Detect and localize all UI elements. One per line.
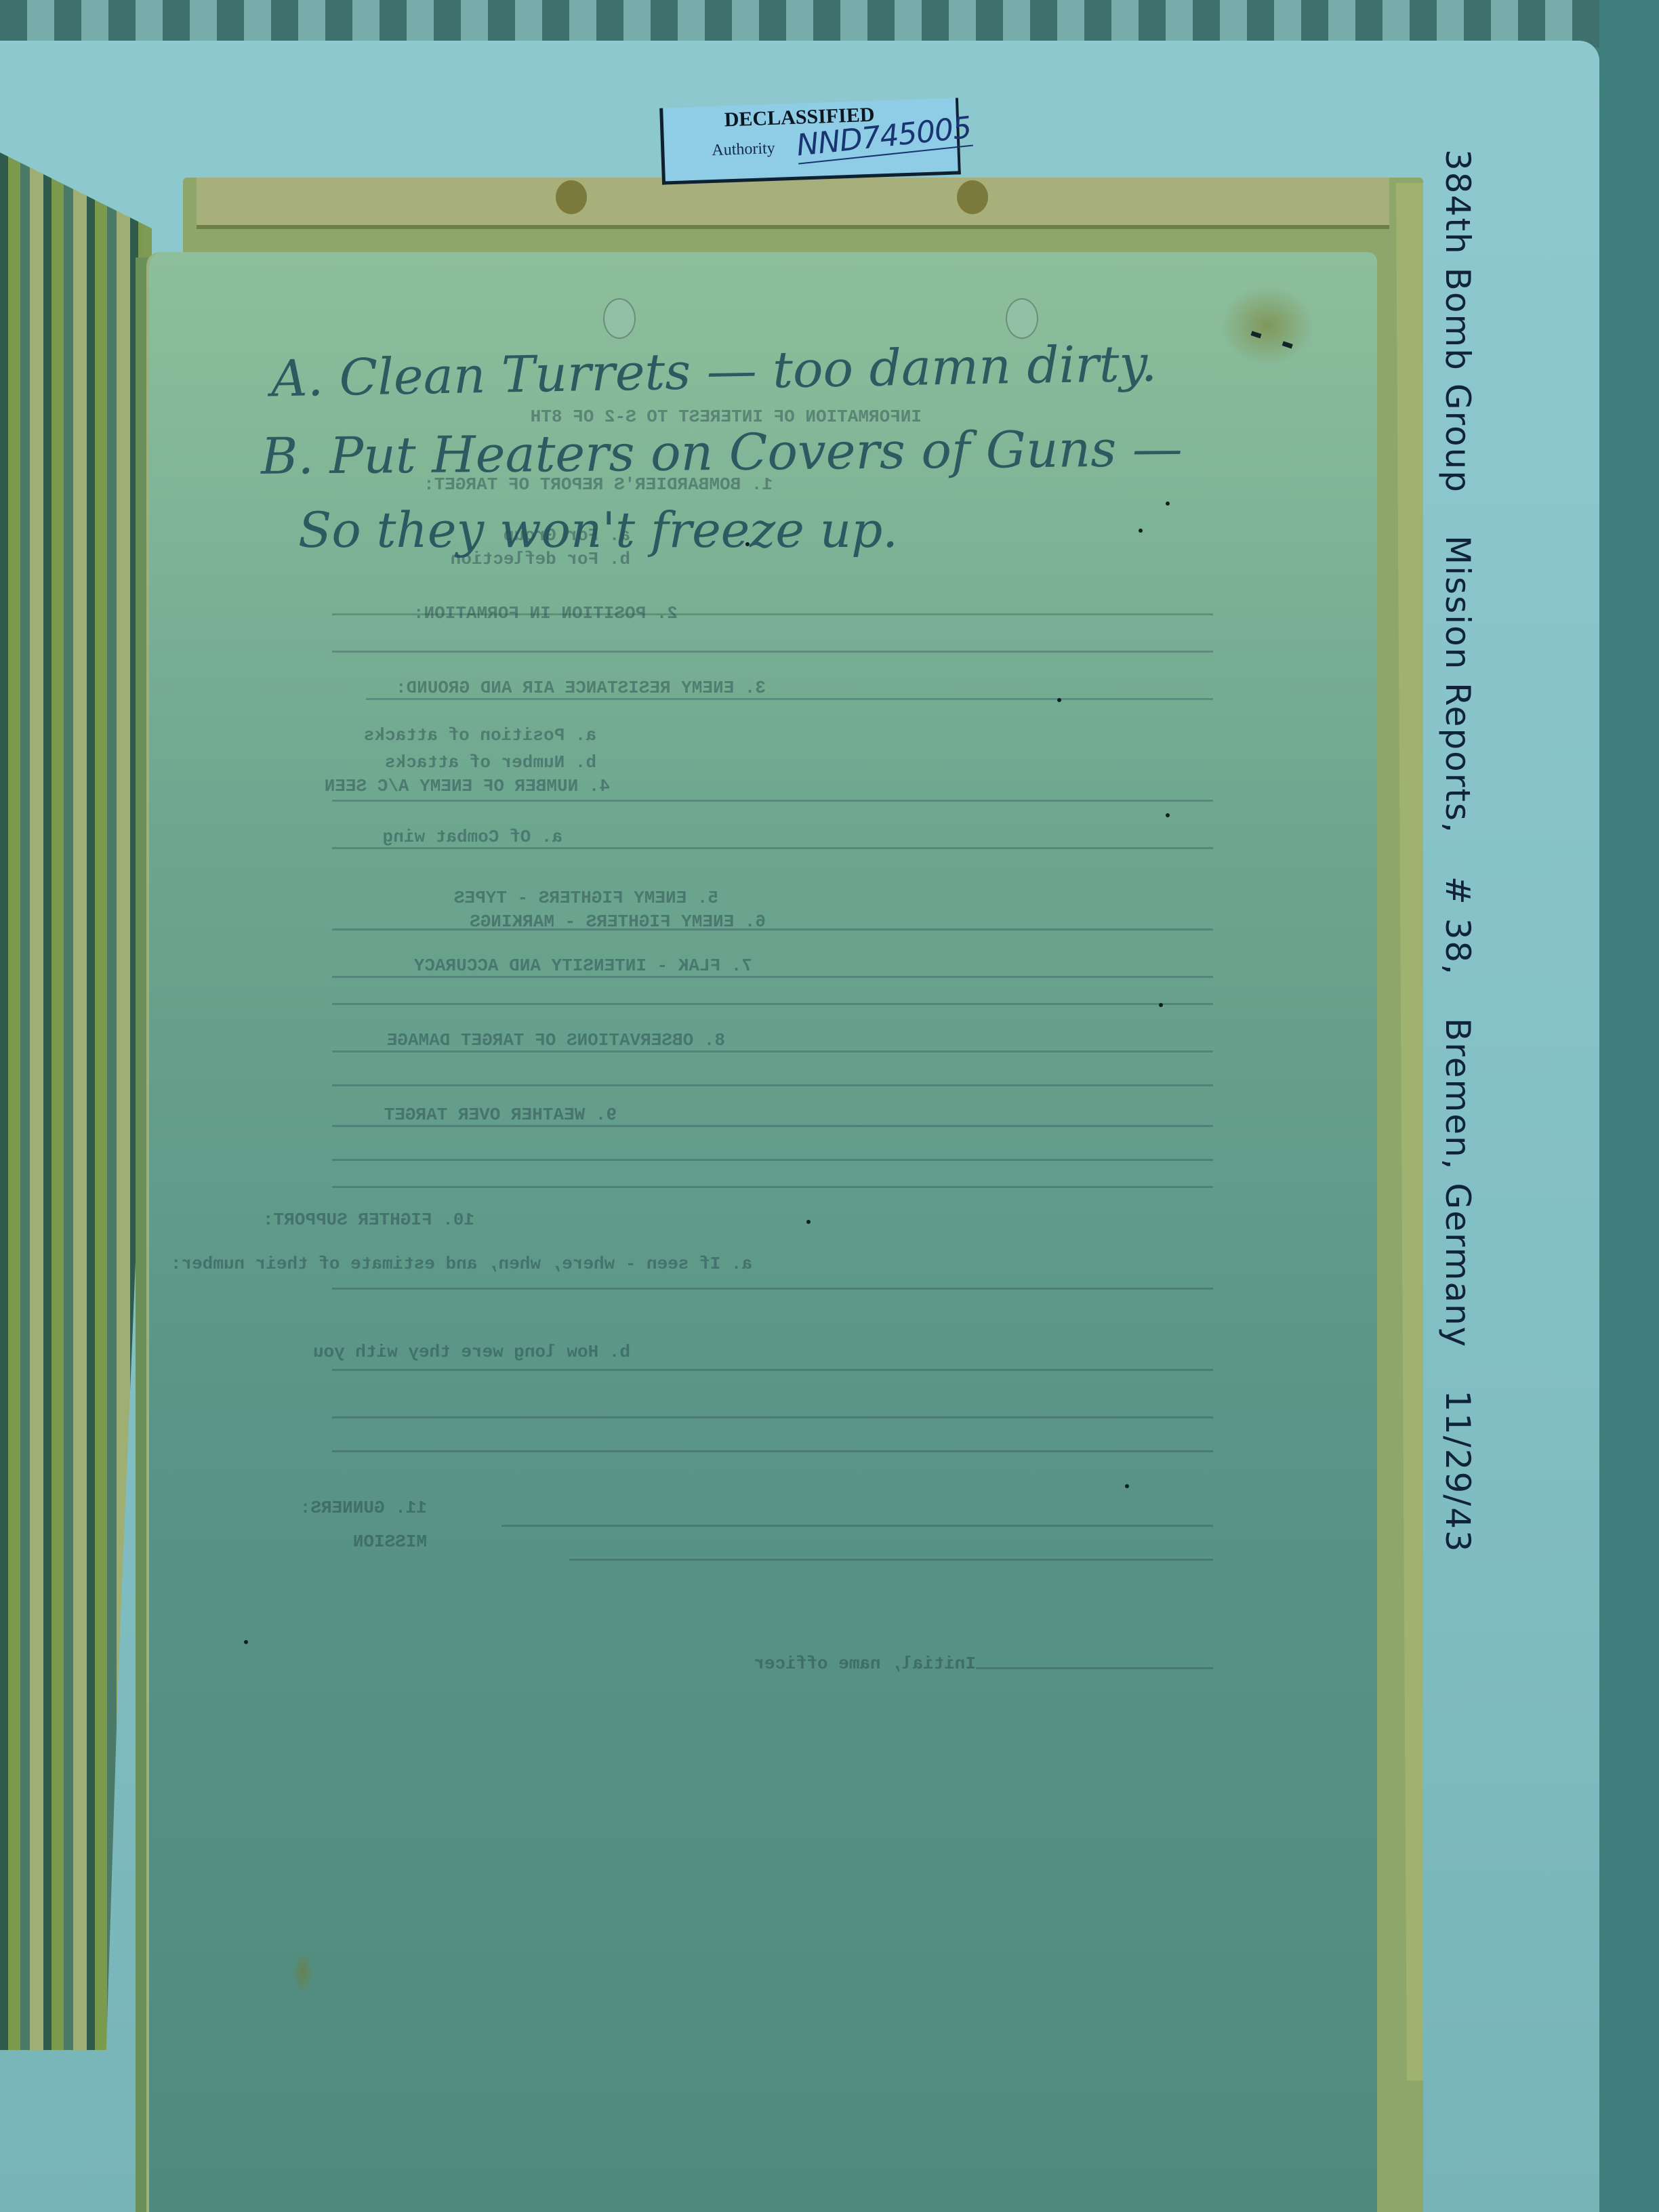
bleed-form-item: Initial, name officer [754,1654,976,1674]
form-rule [332,1288,1213,1290]
punch-hole-icon [556,180,587,214]
page-punch-hole-icon [603,298,636,339]
form-rule [332,800,1213,802]
form-rule [332,1003,1213,1005]
note-text: Put Heaters on Covers of Guns — [329,419,1183,485]
speck [1166,813,1170,817]
side-label-group: 384th Bomb Group [1438,149,1477,493]
side-label-series: Mission Reports, [1438,535,1477,834]
form-rule [332,651,1213,653]
form-rule [332,1416,1213,1418]
form-rule [332,1125,1213,1127]
form-rule [501,1525,1213,1527]
speck [1166,501,1170,506]
note-label: A. [270,349,323,408]
form-rule [332,613,1213,615]
form-rule [332,1084,1213,1086]
stamp-authority-label: Authority [712,140,775,160]
folder-edge-shadow [1599,0,1659,2212]
manila-folder-tab [197,178,1389,229]
bleed-form-item: b. Number of attacks [385,752,596,773]
form-rule [332,1050,1213,1052]
speck [1139,529,1143,533]
handwritten-note-b-continued: So they won't freeze up. [298,501,898,558]
stain [293,1952,313,1992]
bleed-form-item: MISSION [353,1532,427,1552]
bleed-form-item: 8. OBSERVATIONS OF TARGET DAMAGE [387,1030,725,1050]
form-rule [366,698,1213,700]
side-label-mission: # 38, [1438,876,1477,976]
bleed-form-item: b. How long were they with you [313,1342,630,1362]
form-rule [332,1186,1213,1188]
bleed-form-item: 10. FIGHTER SUPPORT: [263,1210,474,1230]
form-rule [332,976,1213,978]
speck [244,1640,248,1644]
declassified-stamp: DECLASSIFIED Authority NND745005 [659,98,961,184]
form-rule [332,1450,1213,1452]
form-rule [332,847,1213,849]
form-rule [569,1559,1213,1561]
form-rule [332,1369,1213,1371]
speck [806,1220,811,1224]
note-text: So they won't freeze up. [298,501,898,558]
folder-side-label: 384th Bomb Group Mission Reports, # 38, … [1438,149,1477,1708]
bleed-through-form: INFORMATION OF INTEREST TO S-2 OF 8TH 1.… [224,407,1240,1694]
bleed-form-item: 7. FLAK - INTENSITY AND ACCURACY [414,956,752,976]
speck [1057,698,1061,702]
bleed-form-item: a. Of Combat wing [383,827,562,847]
form-rule [332,1159,1213,1161]
page-punch-hole-icon [1006,298,1038,339]
form-rule [332,928,1213,930]
note-label: B. [261,427,314,486]
side-label-date: 11/29/43 [1438,1390,1477,1553]
bleed-form-item: a. Position of attacks [364,725,596,745]
bleed-form-item: 3. ENEMY RESISTANCE AIR AND GROUND: [396,678,766,698]
form-rule [976,1667,1213,1669]
side-label-location: Bremen, Germany [1438,1018,1477,1348]
bleed-form-item: 9. WEATHER OVER TARGET [384,1105,617,1125]
punch-hole-icon [957,180,988,214]
handwritten-note-b: B. Put Heaters on Covers of Guns — [261,419,1183,486]
bleed-form-item: 5. ENEMY FIGHTERS - TYPES [454,888,718,908]
speck [1125,1484,1129,1488]
bleed-form-item: 4. NUMBER OF ENEMY A/C SEEN [325,776,610,796]
bleed-form-item: 11. GUNNERS: [300,1498,427,1518]
bleed-form-item: a. If seen - where, when, and estimate o… [171,1254,752,1274]
speck [1159,1003,1163,1007]
